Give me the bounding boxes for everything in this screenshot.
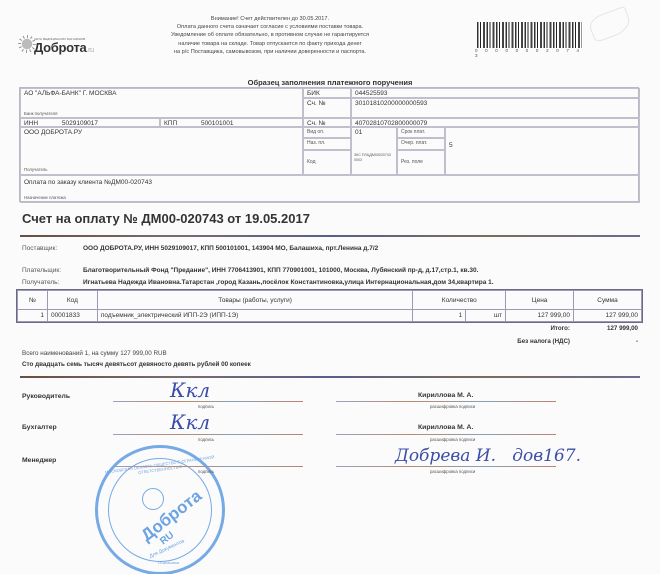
payment-purpose: Оплата по заказу клиента №ДМ00-020743: [24, 179, 636, 186]
col-header-num: №: [18, 291, 48, 310]
kpp-cell: КПП 500101001: [160, 118, 303, 127]
payment-form: АО "АЛЬФА-БАНК" Г. МОСКВА Банк получател…: [19, 87, 639, 202]
recipient-value: Игнатьева Надежда Ивановна.Татарстан ,го…: [83, 279, 494, 286]
recipient-label: Получатель: [24, 167, 48, 172]
recipient-label: Получатель:: [22, 279, 59, 286]
total-label: Итого:: [480, 325, 570, 332]
kpp-label: КПП: [164, 120, 177, 127]
amount-in-words: Сто двадцать семь тысяч девятьсот девяно…: [22, 361, 251, 368]
bik-label: БИК: [303, 88, 351, 98]
notice-line: Внимание! Счет действителен до 30.05.201…: [145, 15, 395, 23]
signature-name-director: Кириллова М. А.: [418, 392, 473, 399]
signature-caption: подпись: [198, 469, 214, 474]
stamp-city: г.Балашиха: [158, 560, 179, 565]
divider: [20, 376, 640, 378]
signature-caption: подпись: [198, 437, 214, 442]
handwritten-signature: Ккл: [170, 378, 210, 402]
invoice-title: Счет на оплату № ДМ00-020743 от 19.05.20…: [22, 211, 310, 226]
payer-value: Благотворительный Фонд "Предание", ИНН 7…: [83, 267, 478, 274]
signature-line: [113, 434, 303, 435]
logo-name: Доброта.ru: [34, 40, 94, 55]
table-row: 1 00001833 подъемник_электрический ИПП-2…: [18, 310, 642, 322]
total-value: 127 999,00: [570, 325, 638, 332]
row-qty: 1: [413, 310, 466, 322]
col-header-goods: Товары (работы, услуги): [97, 291, 412, 310]
table-header-row: № Код Товары (работы, услуги) Количество…: [18, 291, 642, 310]
notice-line: наличие товара на складе. Товар отпускае…: [145, 40, 395, 48]
corr-account-label: Сч. №: [303, 98, 351, 118]
col-header-qty: Количество: [413, 291, 506, 310]
stamp-outer-text: МОСКОВСКАЯ ОБЛАСТЬ ОБЩЕСТВО С ОГРАНИЧЕНН…: [98, 453, 222, 480]
name-caption: расшифровка подписи: [430, 437, 475, 442]
inn-cell: ИНН 5029109017: [20, 118, 160, 127]
notice-line: Уведомление об оплате обязательно, в про…: [145, 31, 395, 39]
ocher-plat-label: Очер. плат.: [397, 138, 445, 150]
barcode: [477, 22, 582, 48]
row-price: 127 999,00: [506, 310, 574, 322]
name-caption: расшифровка подписи: [430, 469, 475, 474]
vid-op-label: Вид оп.: [303, 127, 351, 138]
vat-value: -: [570, 338, 638, 345]
payment-notice: Внимание! Счет действителен до 30.05.201…: [145, 15, 395, 56]
signature-role-manager: Менеджер: [22, 457, 56, 464]
signature-line: [113, 466, 303, 467]
items-summary: Всего наименований 1, на сумму 127 999,0…: [22, 350, 167, 357]
kod-value: ЗКС ПЛЦДМ00020743 0003: [354, 153, 396, 162]
sun-stamp-icon: [142, 488, 164, 510]
supplier-label: Поставщик:: [22, 245, 57, 252]
rez-pole-label: Рез. поле: [397, 150, 445, 175]
handwritten-signature: Ккл: [170, 410, 210, 434]
inn-value: 5029109017: [62, 120, 98, 127]
notice-line: на р/с Поставщика, самовывозом, при нали…: [145, 48, 395, 56]
row-goods-name: подъемник_электрический ИПП-2Э (ИПП-1Э): [97, 310, 412, 322]
corr-account-value: 30101810200000000593: [351, 98, 640, 118]
kpp-value: 500101001: [201, 120, 234, 127]
divider: [20, 235, 640, 237]
vid-op-cell: 01 ЗКС ПЛЦДМ00020743 0003: [351, 127, 397, 175]
signature-line: [336, 401, 556, 402]
bank-name: АО "АЛЬФА-БАНК" Г. МОСКВА: [24, 90, 299, 97]
vat-label: Без налога (НДС): [480, 338, 570, 345]
row-unit: шт: [466, 310, 506, 322]
row-code: 00001833: [47, 310, 97, 322]
bank-cell: АО "АЛЬФА-БАНК" Г. МОСКВА Банк получател…: [20, 88, 303, 118]
recipient-name: ООО ДОБРОТА.РУ: [24, 129, 299, 136]
name-caption: расшифровка подписи: [430, 404, 475, 409]
goods-table: № Код Товары (работы, услуги) Количество…: [17, 290, 642, 322]
payment-purpose-cell: Оплата по заказу клиента №ДМ00-020743 На…: [20, 175, 640, 203]
payment-purpose-label: Назначение платежа: [24, 195, 66, 200]
bik-value: 044525593: [351, 88, 640, 98]
col-header-code: Код: [47, 291, 97, 310]
supplier-value: ООО ДОБРОТА.РУ, ИНН 5029109017, КПП 5001…: [83, 245, 378, 252]
signature-line: [336, 434, 556, 435]
bank-label: Банк получателя: [24, 111, 57, 116]
payer-label: Плательщик:: [22, 267, 61, 274]
signature-role-accountant: Бухгалтер: [22, 424, 57, 431]
notice-line: Оплата данного счета означает согласие с…: [145, 23, 395, 31]
recipient-cell: ООО ДОБРОТА.РУ Получатель: [20, 127, 303, 175]
account-value: 40702810702800000079: [351, 118, 640, 127]
signature-caption: подпись: [198, 404, 214, 409]
inn-label: ИНН: [24, 120, 38, 127]
handwritten-manager-note: Добрева И. дов167.: [395, 446, 581, 466]
payment-form-title: Образец заполнения платежного поручения: [0, 78, 660, 87]
vid-op-value: 01: [355, 129, 393, 136]
account-label: Сч. №: [303, 118, 351, 127]
company-logo: СЕТЬ МЕДИЦИНСКИХ МАГАЗИНОВ Доброта.ru: [18, 33, 98, 57]
ocher-plat-value: 5: [445, 127, 640, 175]
row-num: 1: [18, 310, 48, 322]
signature-name-accountant: Кириллова М. А.: [418, 424, 473, 431]
company-stamp: МОСКОВСКАЯ ОБЛАСТЬ ОБЩЕСТВО С ОГРАНИЧЕНН…: [95, 445, 225, 574]
col-header-price: Цена: [506, 291, 574, 310]
signature-line: [336, 466, 556, 467]
col-header-sum: Сумма: [574, 291, 642, 310]
signature-role-director: Руководитель: [22, 393, 70, 400]
row-sum: 127 999,00: [574, 310, 642, 322]
barcode-number: 0 0 0 0 0 0 0 2 0 7 4 3: [475, 48, 585, 58]
srok-plat-label: Срок плат.: [397, 127, 445, 138]
pen-mark: [587, 6, 633, 43]
naz-pl-label: Наз. пл.: [303, 138, 351, 150]
kod-label: Код: [303, 150, 351, 175]
